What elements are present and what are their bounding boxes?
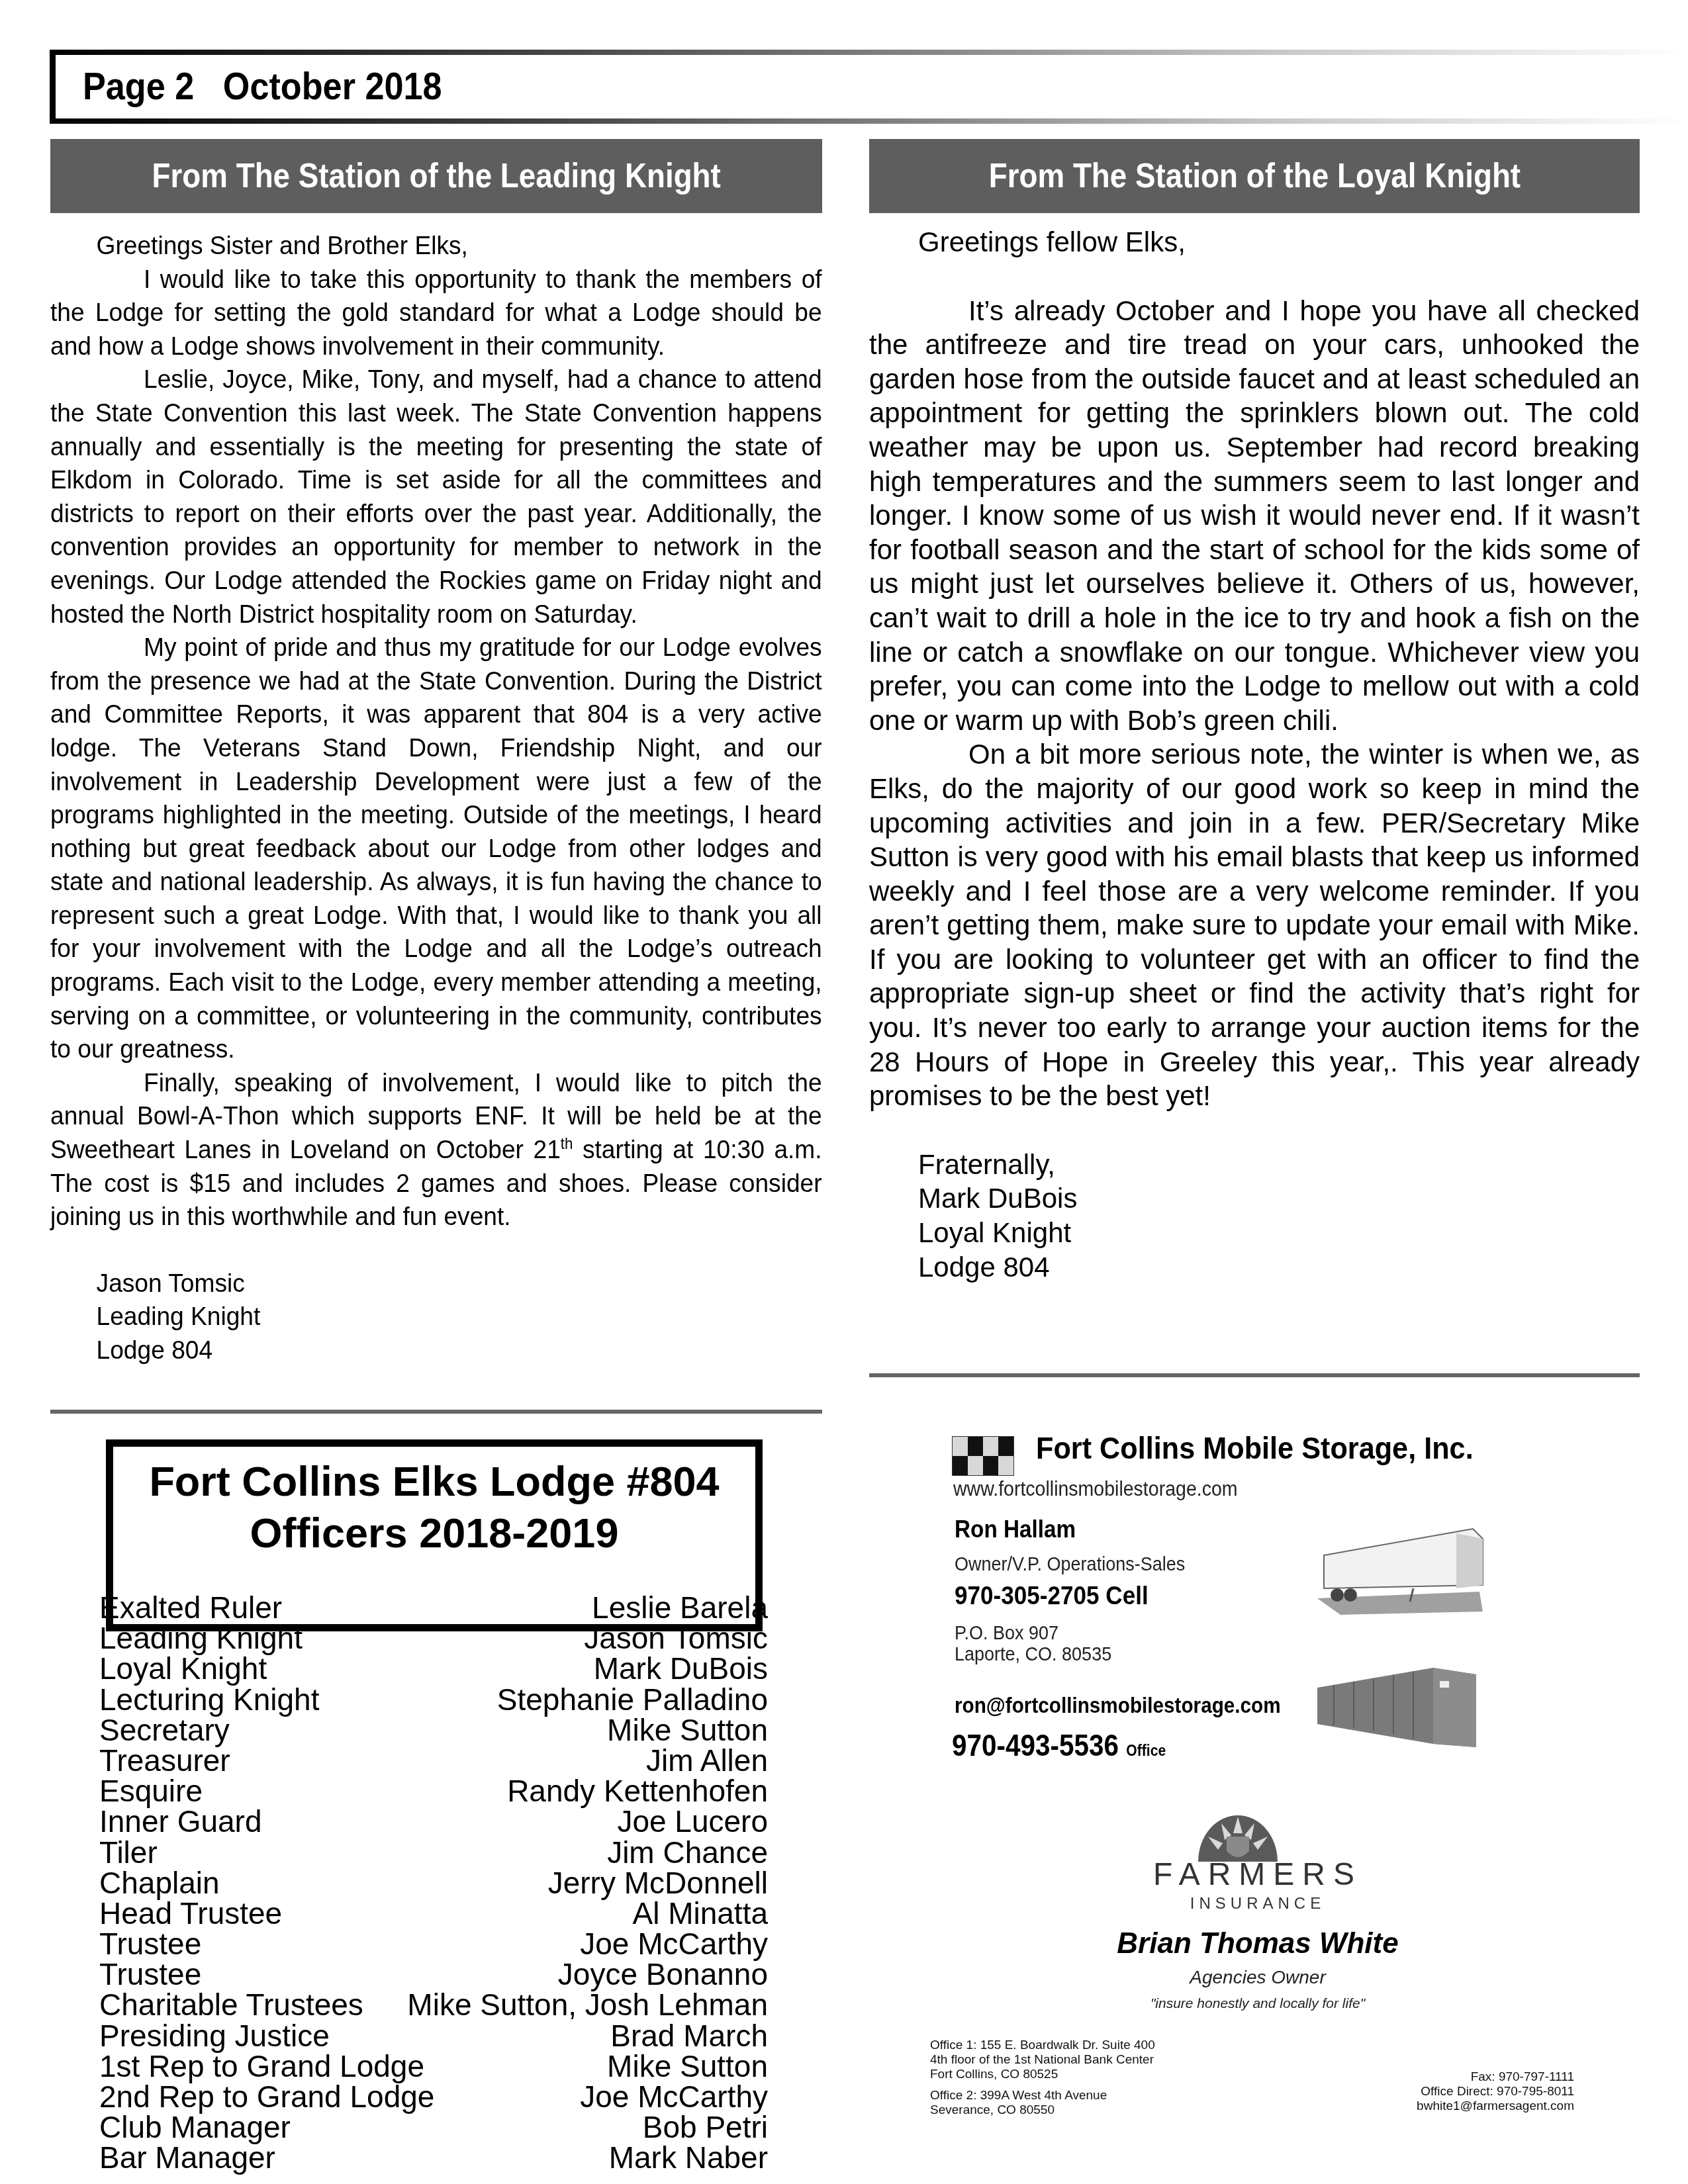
officer-name: Joe McCarthy bbox=[580, 1929, 768, 1959]
officer-role: Treasurer bbox=[99, 1745, 230, 1776]
company-website: www.fortcollinsmobilestorage.com bbox=[953, 1477, 1238, 1501]
mailing-address: P.O. Box 907 Laporte, CO. 80535 bbox=[955, 1623, 1111, 1665]
officer-name: Jim Chance bbox=[607, 1837, 768, 1868]
officer-row: Charitable TrusteesMike Sutton, Josh Leh… bbox=[99, 1989, 768, 2020]
address-line: Severance, CO 80550 bbox=[930, 2103, 1155, 2118]
article-paragraph: My point of pride and thus my gratitude … bbox=[50, 631, 822, 1066]
page-title: Page 2 October 2018 bbox=[83, 64, 442, 109]
officer-row: ChaplainJerry McDonnell bbox=[99, 1868, 768, 1898]
agent-email: bwhite1@farmersagent.com bbox=[1417, 2099, 1574, 2114]
officer-name: Jim Allen bbox=[646, 1745, 768, 1776]
checkerboard-logo-icon bbox=[952, 1436, 1014, 1476]
officer-row: 2nd Rep to Grand LodgeJoe McCarthy bbox=[99, 2081, 768, 2112]
semi-trailer-icon bbox=[1314, 1525, 1486, 1618]
contact-email: ron@fortcollinsmobilestorage.com bbox=[955, 1693, 1281, 1718]
officer-name: Mike Sutton bbox=[607, 1715, 768, 1745]
officer-row: Bar ManagerMark Naber bbox=[99, 2142, 768, 2173]
officer-row: Inner GuardJoe Lucero bbox=[99, 1806, 768, 1837]
spacer bbox=[869, 1113, 1640, 1148]
agent-contact: Fax: 970-797-1111 Office Direct: 970-795… bbox=[1417, 2070, 1574, 2114]
article-paragraph: Leslie, Joyce, Mike, Tony, and myself, h… bbox=[50, 363, 822, 631]
signature-line: Leading Knight bbox=[50, 1300, 822, 1334]
officer-name: Joe Lucero bbox=[617, 1806, 768, 1837]
company-name: Fort Collins Mobile Storage, Inc. bbox=[1036, 1430, 1474, 1466]
officer-role: Trustee bbox=[99, 1929, 201, 1959]
address-line: Office 2: 399A West 4th Avenue bbox=[930, 2089, 1155, 2103]
officer-role: Inner Guard bbox=[99, 1806, 261, 1837]
address-line: Office 1: 155 E. Boardwalk Dr. Suite 400 bbox=[930, 2038, 1155, 2053]
officer-name: Mark Naber bbox=[609, 2142, 768, 2173]
officer-name: Joe McCarthy bbox=[580, 2081, 768, 2112]
issue-date: October 2018 bbox=[223, 65, 442, 108]
signature-line: Lodge 804 bbox=[50, 1334, 822, 1367]
leading-knight-heading-text: From The Station of the Leading Knight bbox=[152, 139, 720, 213]
officer-row: 1st Rep to Grand LodgeMike Sutton bbox=[99, 2051, 768, 2081]
officer-row: EsquireRandy Kettenhofen bbox=[99, 1776, 768, 1806]
officer-role: Bar Manager bbox=[99, 2142, 275, 2173]
article-paragraph: I would like to take this opportunity to… bbox=[50, 263, 822, 363]
officer-role: Trustee bbox=[99, 1959, 201, 1989]
officer-name: Al Minatta bbox=[632, 1898, 768, 1929]
officer-row: Club ManagerBob Petri bbox=[99, 2112, 768, 2142]
leading-knight-greeting: Greetings Sister and Brother Elks, bbox=[50, 229, 822, 263]
section-divider-right bbox=[869, 1373, 1640, 1377]
fax-number: Fax: 970-797-1111 bbox=[1417, 2070, 1574, 2085]
agent-name: Brian Thomas White bbox=[927, 1927, 1589, 1960]
office-phone-number: 970-493-5536 bbox=[952, 1728, 1119, 1762]
officer-role: Lecturing Knight bbox=[99, 1684, 319, 1715]
loyal-knight-greeting: Greetings fellow Elks, bbox=[869, 225, 1640, 259]
officer-role: Tiler bbox=[99, 1837, 158, 1868]
spacer bbox=[869, 259, 1640, 294]
officer-row: Loyal KnightMark DuBois bbox=[99, 1653, 768, 1684]
officer-role: 2nd Rep to Grand Lodge bbox=[99, 2081, 434, 2112]
officer-name: Randy Kettenhofen bbox=[507, 1776, 768, 1806]
officers-list: Exalted RulerLeslie Barela Leading Knigh… bbox=[99, 1592, 768, 2173]
officer-name: Brad March bbox=[610, 2021, 768, 2051]
officer-role: Secretary bbox=[99, 1715, 230, 1745]
officer-name: Leslie Barela bbox=[592, 1592, 768, 1623]
officer-row: Leading KnightJason Tomsic bbox=[99, 1623, 768, 1653]
officer-role: Leading Knight bbox=[99, 1623, 303, 1653]
leading-knight-article: Greetings Sister and Brother Elks, I wou… bbox=[50, 229, 822, 1367]
contact-person: Ron Hallam bbox=[955, 1516, 1076, 1543]
officer-role: Charitable Trustees bbox=[99, 1989, 363, 2020]
officer-name: Stephanie Palladino bbox=[497, 1684, 768, 1715]
farmers-shield-logo-icon bbox=[1195, 1810, 1281, 1863]
officer-row: Head TrusteeAl Minatta bbox=[99, 1898, 768, 1929]
article-paragraph: On a bit more serious note, the winter i… bbox=[869, 737, 1640, 1113]
article-paragraph: It’s already October and I hope you have… bbox=[869, 294, 1640, 738]
office-addresses: Office 1: 155 E. Boardwalk Dr. Suite 400… bbox=[930, 2038, 1155, 2118]
officer-name: Joyce Bonanno bbox=[558, 1959, 768, 1989]
farmers-brand-sub: INSURANCE bbox=[927, 1895, 1589, 1913]
address-line: Laporte, CO. 80535 bbox=[955, 1644, 1111, 1665]
address-line: Fort Collins, CO 80525 bbox=[930, 2068, 1155, 2082]
signature-line: Fraternally, bbox=[869, 1148, 1640, 1182]
officer-role: Exalted Ruler bbox=[99, 1592, 282, 1623]
agent-title: Agencies Owner bbox=[927, 1967, 1589, 1988]
farmers-brand: FARMERS bbox=[927, 1856, 1589, 1893]
officer-row: TrusteeJoe McCarthy bbox=[99, 1929, 768, 1959]
officer-row: TilerJim Chance bbox=[99, 1837, 768, 1868]
officer-role: 1st Rep to Grand Lodge bbox=[99, 2051, 424, 2081]
leading-knight-heading: From The Station of the Leading Knight bbox=[50, 139, 822, 213]
page-number: Page 2 bbox=[83, 65, 194, 108]
officer-role: Loyal Knight bbox=[99, 1653, 267, 1684]
officer-role: Presiding Justice bbox=[99, 2021, 330, 2051]
officer-name: Jason Tomsic bbox=[584, 1623, 768, 1653]
loyal-knight-heading-text: From The Station of the Loyal Knight bbox=[988, 139, 1520, 213]
article-paragraph: Finally, speaking of involvement, I woul… bbox=[50, 1066, 822, 1234]
officer-name: Mike Sutton, Josh Lehman bbox=[407, 1989, 768, 2020]
loyal-knight-article: Greetings fellow Elks, It’s already Octo… bbox=[869, 225, 1640, 1284]
header-left-border bbox=[50, 50, 56, 124]
officer-name: Bob Petri bbox=[643, 2112, 768, 2142]
address-line: P.O. Box 907 bbox=[955, 1623, 1111, 1644]
contact-role: Owner/V.P. Operations-Sales bbox=[955, 1553, 1185, 1576]
spacer bbox=[50, 1234, 822, 1267]
officer-name: Mark DuBois bbox=[594, 1653, 768, 1684]
officer-name: Mike Sutton bbox=[607, 2051, 768, 2081]
officer-row: TreasurerJim Allen bbox=[99, 1745, 768, 1776]
office-label: Office bbox=[1126, 1742, 1166, 1760]
officer-row: TrusteeJoyce Bonanno bbox=[99, 1959, 768, 1989]
officer-row: Presiding JusticeBrad March bbox=[99, 2021, 768, 2051]
office-direct-number: Office Direct: 970-795-8011 bbox=[1417, 2085, 1574, 2099]
officer-role: Esquire bbox=[99, 1776, 203, 1806]
section-divider-left bbox=[50, 1410, 822, 1414]
signature-line: Mark DuBois bbox=[869, 1181, 1640, 1216]
mobile-storage-ad: Fort Collins Mobile Storage, Inc. www.fo… bbox=[940, 1416, 1602, 1760]
officers-title-year: Officers 2018-2019 bbox=[113, 1508, 755, 1559]
signature-line: Loyal Knight bbox=[869, 1216, 1640, 1250]
cell-phone: 970-305-2705 Cell bbox=[955, 1582, 1149, 1611]
agent-motto: "insure honestly and locally for life" bbox=[927, 1996, 1589, 2012]
header-gradient-rule-top bbox=[50, 50, 1688, 55]
address-line: 4th floor of the 1st National Bank Cente… bbox=[930, 2053, 1155, 2068]
officers-title-lodge: Fort Collins Elks Lodge #804 bbox=[113, 1456, 755, 1508]
officer-row: SecretaryMike Sutton bbox=[99, 1715, 768, 1745]
officer-name: Jerry McDonnell bbox=[548, 1868, 768, 1898]
signature-line: Jason Tomsic bbox=[50, 1267, 822, 1300]
header-gradient-rule-bottom bbox=[50, 118, 1688, 124]
shipping-container-icon bbox=[1314, 1664, 1479, 1751]
officer-role: Club Manager bbox=[99, 2112, 291, 2142]
officer-role: Head Trustee bbox=[99, 1898, 282, 1929]
ordinal-suffix: th bbox=[561, 1136, 573, 1153]
officer-role: Chaplain bbox=[99, 1868, 220, 1898]
farmers-insurance-ad: FARMERS INSURANCE Brian Thomas White Age… bbox=[927, 1774, 1589, 2144]
page-header: Page 2 October 2018 bbox=[50, 50, 1688, 124]
office-phone: 970-493-5536 Office bbox=[952, 1727, 1166, 1763]
signature-line: Lodge 804 bbox=[869, 1250, 1640, 1285]
officer-row: Lecturing KnightStephanie Palladino bbox=[99, 1684, 768, 1715]
loyal-knight-heading: From The Station of the Loyal Knight bbox=[869, 139, 1640, 213]
officer-row: Exalted RulerLeslie Barela bbox=[99, 1592, 768, 1623]
